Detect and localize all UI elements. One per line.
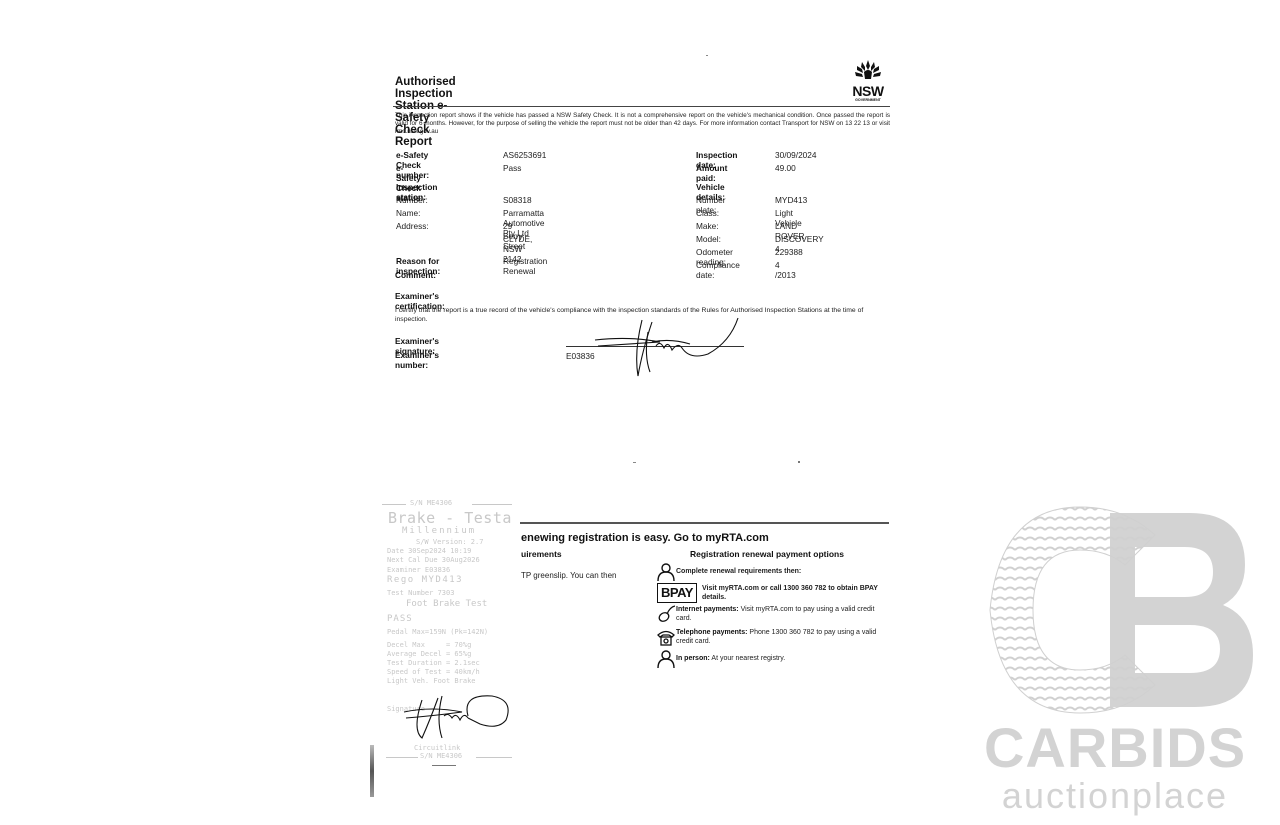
receipt-version: S/W Version: 2.7: [416, 538, 483, 546]
examiner-signature: [590, 312, 750, 378]
receipt-date: Date 30Sep2024 10:19: [387, 547, 471, 555]
requirements-subheading: uirements: [521, 549, 562, 559]
carbids-brand: CARBIDS: [975, 715, 1255, 780]
receipt-footer: Circuitlink: [414, 744, 460, 752]
reason-value: Registration Renewal: [503, 256, 547, 276]
make-label: Make:: [696, 221, 719, 231]
payment-option-text: Complete renewal requirements then:: [676, 567, 801, 576]
receipt-vehicle-type: Light Veh. Foot Brake: [387, 677, 476, 685]
payment-option-text: In person: At your nearest registry.: [676, 654, 785, 663]
plate-value: MYD413: [775, 195, 807, 205]
examiner-number-label: Examiner's number:: [395, 350, 439, 370]
receipt-duration: Test Duration = 2.1sec: [387, 659, 480, 667]
station-number-label: Number:: [396, 195, 428, 205]
header-divider: [393, 106, 890, 107]
receipt-pedal: Pedal Max=159N (Pk=142N): [387, 628, 488, 636]
odometer-value: 229388: [775, 247, 803, 257]
station-address-label: Address:: [396, 221, 429, 231]
class-label: Class:: [696, 208, 719, 218]
government-text: GOVERNMENT: [850, 98, 886, 103]
compliance-value: 4 /2013: [775, 260, 796, 280]
payment-option-bpay: BPAY Visit myRTA.com or call 1300 360 78…: [657, 583, 892, 603]
receipt-brand: Brake - Testa: [388, 509, 512, 527]
payment-option-title: Telephone payments:: [676, 629, 747, 636]
check-number-value: AS6253691: [503, 150, 546, 160]
person-icon: [657, 563, 675, 581]
payment-option-complete-requirements: Complete renewal requirements then:: [657, 563, 892, 581]
person-icon: [657, 650, 675, 668]
renewal-divider: [520, 522, 889, 524]
receipt-examiner: Examiner E03836: [387, 566, 450, 574]
compliance-label: Compliance date:: [696, 260, 740, 280]
receipt-result: PASS: [387, 614, 413, 624]
receipt-serial-bottom: S/N ME4306: [420, 752, 462, 760]
report-intro: This inspection report shows if the vehi…: [395, 112, 890, 137]
receipt-test-number: Test Number 7303: [387, 589, 454, 597]
receipt-speed: Speed of Test = 40km/h: [387, 668, 480, 676]
payment-options-subheading: Registration renewal payment options: [690, 549, 844, 559]
payment-option-text: Telephone payments: Phone 1300 360 782 t…: [676, 628, 891, 646]
scan-mark: [798, 461, 800, 463]
amount-paid-value: 49.00: [775, 163, 796, 173]
carbids-logo-icon: [975, 505, 1255, 715]
receipt-divider: [472, 504, 512, 505]
payment-option-title: Internet payments:: [676, 606, 739, 613]
carbids-tagline: auctionplace: [975, 775, 1255, 817]
receipt-avg-decel: Average Decel = 65%g: [387, 650, 471, 658]
receipt-test-name: Foot Brake Test: [406, 599, 487, 609]
receipt-rego: Rego MYD413: [387, 575, 463, 585]
nsw-text: NSW: [850, 85, 886, 98]
station-number-value: S08318: [503, 195, 532, 205]
receipt-divider: [432, 765, 456, 766]
receipt-model: Millennium: [402, 526, 476, 536]
scan-edge-mark: [370, 745, 374, 797]
bpay-icon: BPAY: [657, 583, 697, 603]
inspection-date-value: 30/09/2024: [775, 150, 817, 160]
nsw-government-logo: NSW GOVERNMENT: [850, 58, 886, 104]
receipt-serial-top: S/N ME4306: [410, 499, 452, 507]
receipt-divider: [386, 757, 418, 758]
brake-test-receipt: S/N ME4306 Brake - Testa Millennium S/W …: [372, 495, 520, 795]
receipt-divider: [382, 504, 406, 505]
payment-option-internet: Internet payments: Visit myRTA.com to pa…: [657, 605, 892, 625]
comment-label: Comment:: [395, 270, 436, 280]
scan-mark: [706, 55, 708, 56]
payment-option-detail: At your nearest registry.: [710, 655, 785, 662]
receipt-signature: [402, 690, 512, 745]
payment-option-telephone: Telephone payments: Phone 1300 360 782 t…: [657, 628, 892, 648]
renewal-heading: enewing registration is easy. Go to myRT…: [521, 532, 769, 544]
payment-option-text: Visit myRTA.com or call 1300 360 782 to …: [702, 584, 887, 602]
amount-paid-label: Amount paid:: [696, 163, 727, 183]
payment-option-title: In person:: [676, 655, 710, 662]
requirements-text: TP greenslip. You can then: [521, 571, 616, 580]
model-label: Model:: [696, 234, 721, 244]
scan-mark: [633, 462, 636, 463]
receipt-next-cal: Next Cal Due 30Aug2026: [387, 556, 480, 564]
mouse-icon: [657, 605, 675, 623]
payment-option-in-person: In person: At your nearest registry.: [657, 650, 892, 668]
receipt-decel-max: Decel Max = 70%g: [387, 641, 471, 649]
check-status-value: Pass: [503, 163, 521, 173]
telephone-icon: [657, 628, 675, 646]
receipt-divider: [476, 757, 512, 758]
waratah-icon: [853, 58, 883, 80]
payment-option-text: Internet payments: Visit myRTA.com to pa…: [676, 605, 891, 623]
station-name-label: Name:: [396, 208, 420, 218]
carbids-watermark: CARBIDS auctionplace: [975, 505, 1255, 815]
